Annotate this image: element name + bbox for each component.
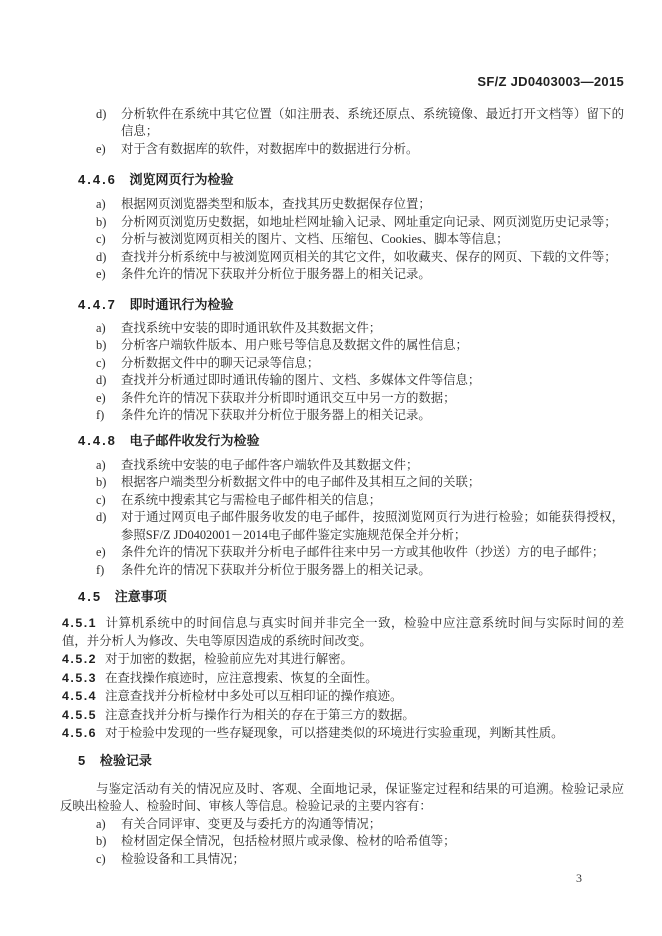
clause-text: 对于加密的数据，检验前应先对其进行解密。 bbox=[105, 652, 353, 666]
section-heading-5: 5 检验记录 bbox=[78, 753, 624, 769]
list-item-label: e) bbox=[96, 266, 121, 284]
list-item: c) 分析数据文件中的聊天记录等信息； bbox=[60, 355, 624, 373]
list-item: a) 查找系统中安装的电子邮件客户端软件及其数据文件； bbox=[60, 457, 624, 475]
section-number: 4.5 bbox=[78, 589, 102, 604]
clause-text: 计算机系统中的时间信息与真实时间并非完全一致，检验中应注意系统时间与实际时间的差… bbox=[62, 616, 624, 648]
list-item: d) 查找并分析通过即时通讯传输的图片、文档、多媒体文件等信息； bbox=[60, 372, 624, 390]
list-item-label: b) bbox=[96, 474, 121, 492]
list-item: c) 检验设备和工具情况； bbox=[60, 851, 624, 869]
list-item-label: a) bbox=[96, 457, 121, 475]
list-item-label: b) bbox=[96, 214, 121, 232]
clause-paragraph: 4.5.1计算机系统中的时间信息与真实时间并非完全一致，检验中应注意系统时间与实… bbox=[62, 615, 624, 650]
clause-paragraph: 4.5.2对于加密的数据，检验前应先对其进行解密。 bbox=[62, 651, 624, 669]
list-item-text: 查找系统中安装的即时通讯软件及其数据文件； bbox=[121, 320, 624, 338]
section-number: 4.4.8 bbox=[78, 433, 117, 448]
list-item-label: c) bbox=[96, 851, 121, 869]
section-heading-4-4-7: 4.4.7 即时通讯行为检验 bbox=[78, 297, 624, 313]
clause-text: 注意查找并分析与操作行为相关的存在于第三方的数据。 bbox=[105, 708, 415, 722]
list-item: c) 在系统中搜索其它与需检电子邮件相关的信息； bbox=[60, 492, 624, 510]
list-item-label: b) bbox=[96, 337, 121, 355]
section-title: 注意事项 bbox=[115, 589, 167, 604]
section-number: 4.4.6 bbox=[78, 172, 117, 187]
section-number: 4.4.7 bbox=[78, 297, 117, 312]
standard-code-header: SF/Z JD0403003—2015 bbox=[60, 73, 624, 91]
list-item: e) 条件允许的情况下获取并分析电子邮件往来中另一方或其他收件（抄送）方的电子邮… bbox=[60, 544, 624, 562]
list-item-label: d) bbox=[96, 249, 121, 267]
list-item-text: 分析软件在系统中其它位置（如注册表、系统还原点、系统镜像、最近打开文档等）留下的… bbox=[121, 106, 624, 141]
list-item-text: 条件允许的情况下获取并分析位于服务器上的相关记录。 bbox=[121, 562, 624, 580]
list-item: b) 分析网页浏览历史数据，如地址栏网址输入记录、网址重定向记录、网页浏览历史记… bbox=[60, 214, 624, 232]
list-item-label: a) bbox=[96, 196, 121, 214]
section-title: 浏览网页行为检验 bbox=[130, 172, 234, 187]
list-item-label: f) bbox=[96, 562, 121, 580]
list-item-text: 查找并分析系统中与被浏览网页相关的其它文件，如收藏夹、保存的网页、下载的文件等； bbox=[121, 249, 624, 267]
list-item: f) 条件允许的情况下获取并分析位于服务器上的相关记录。 bbox=[60, 407, 624, 425]
clause-text: 注意查找并分析检材中多处可以互相印证的操作痕迹。 bbox=[105, 689, 402, 703]
clause-paragraph: 4.5.6对于检验中发现的一些存疑现象，可以搭建类似的环境进行实验重现，判断其性… bbox=[62, 725, 624, 743]
list-item: b) 分析客户端软件版本、用户账号等信息及数据文件的属性信息； bbox=[60, 337, 624, 355]
list-item-label: d) bbox=[96, 106, 121, 141]
clause-paragraph: 4.5.3在查找操作痕迹时，应注意搜索、恢复的全面性。 bbox=[62, 670, 624, 688]
list-item-text: 对于含有数据库的软件，对数据库中的数据进行分析。 bbox=[121, 141, 624, 159]
section-5-paragraph: 与鉴定活动有关的情况应及时、客观、全面地记录，保证鉴定过程和结果的可追溯。检验记… bbox=[60, 781, 624, 816]
clause-paragraph: 4.5.5注意查找并分析与操作行为相关的存在于第三方的数据。 bbox=[62, 707, 624, 725]
page-content: SF/Z JD0403003—2015 d) 分析软件在系统中其它位置（如注册表… bbox=[60, 0, 624, 868]
list-item-text: 分析与被浏览网页相关的图片、文档、压缩包、Cookies、脚本等信息； bbox=[121, 231, 624, 249]
list-item: b) 检材固定保全情况，包括检材照片或录像、检材的哈希值等； bbox=[60, 833, 624, 851]
list-item-text: 条件允许的情况下获取并分析位于服务器上的相关记录。 bbox=[121, 407, 624, 425]
list-item-label: c) bbox=[96, 231, 121, 249]
list-item-text: 检验设备和工具情况； bbox=[121, 851, 624, 869]
section-5-list: a) 有关合同评审、变更及与委托方的沟通等情况； b) 检材固定保全情况，包括检… bbox=[60, 816, 624, 869]
list-item-label: c) bbox=[96, 492, 121, 510]
list-item-text: 条件允许的情况下获取并分析即时通讯交互中另一方的数据； bbox=[121, 390, 624, 408]
list-item-text: 条件允许的情况下获取并分析位于服务器上的相关记录。 bbox=[121, 266, 624, 284]
document-page: SF/Z JD0403003—2015 d) 分析软件在系统中其它位置（如注册表… bbox=[0, 0, 662, 936]
section-4-4-6-list: a) 根据网页浏览器类型和版本，查找其历史数据保存位置； b) 分析网页浏览历史… bbox=[60, 196, 624, 284]
list-item-text: 查找并分析通过即时通讯传输的图片、文档、多媒体文件等信息； bbox=[121, 372, 624, 390]
clause-number: 4.5.2 bbox=[62, 652, 97, 666]
list-item: f) 条件允许的情况下获取并分析位于服务器上的相关记录。 bbox=[60, 562, 624, 580]
carryover-list: d) 分析软件在系统中其它位置（如注册表、系统还原点、系统镜像、最近打开文档等）… bbox=[60, 106, 624, 159]
section-heading-4-4-6: 4.4.6 浏览网页行为检验 bbox=[78, 172, 624, 188]
list-item-label: b) bbox=[96, 833, 121, 851]
list-item-text: 对于通过网页电子邮件服务收发的电子邮件，按照浏览网页行为进行检验；如能获得授权，… bbox=[121, 509, 624, 544]
list-item-text: 分析客户端软件版本、用户账号等信息及数据文件的属性信息； bbox=[121, 337, 624, 355]
list-item-text: 分析网页浏览历史数据，如地址栏网址输入记录、网址重定向记录、网页浏览历史记录等； bbox=[121, 214, 624, 232]
list-item: d) 查找并分析系统中与被浏览网页相关的其它文件，如收藏夹、保存的网页、下载的文… bbox=[60, 249, 624, 267]
list-item-label: e) bbox=[96, 390, 121, 408]
list-item-text: 在系统中搜索其它与需检电子邮件相关的信息； bbox=[121, 492, 624, 510]
list-item: e) 条件允许的情况下获取并分析位于服务器上的相关记录。 bbox=[60, 266, 624, 284]
section-title: 即时通讯行为检验 bbox=[130, 297, 234, 312]
list-item: a) 查找系统中安装的即时通讯软件及其数据文件； bbox=[60, 320, 624, 338]
section-title: 电子邮件收发行为检验 bbox=[130, 433, 260, 448]
clause-number: 4.5.6 bbox=[62, 726, 97, 740]
list-item-label: e) bbox=[96, 544, 121, 562]
list-item-label: d) bbox=[96, 509, 121, 544]
section-heading-4-4-8: 4.4.8 电子邮件收发行为检验 bbox=[78, 433, 624, 449]
list-item: a) 有关合同评审、变更及与委托方的沟通等情况； bbox=[60, 816, 624, 834]
clause-number: 4.5.1 bbox=[62, 616, 97, 630]
page-number: 3 bbox=[576, 871, 582, 886]
list-item: b) 根据客户端类型分析数据文件中的电子邮件及其相互之间的关联； bbox=[60, 474, 624, 492]
list-item-text: 检材固定保全情况，包括检材照片或录像、检材的哈希值等； bbox=[121, 833, 624, 851]
list-item: e) 条件允许的情况下获取并分析即时通讯交互中另一方的数据； bbox=[60, 390, 624, 408]
list-item: d) 分析软件在系统中其它位置（如注册表、系统还原点、系统镜像、最近打开文档等）… bbox=[60, 106, 624, 141]
list-item-label: e) bbox=[96, 141, 121, 159]
clause-number: 4.5.4 bbox=[62, 689, 97, 703]
list-item-label: d) bbox=[96, 372, 121, 390]
list-item: e) 对于含有数据库的软件，对数据库中的数据进行分析。 bbox=[60, 141, 624, 159]
list-item: a) 根据网页浏览器类型和版本，查找其历史数据保存位置； bbox=[60, 196, 624, 214]
clause-number: 4.5.5 bbox=[62, 708, 97, 722]
clause-number: 4.5.3 bbox=[62, 671, 97, 685]
section-4-4-7-list: a) 查找系统中安装的即时通讯软件及其数据文件； b) 分析客户端软件版本、用户… bbox=[60, 320, 624, 425]
section-heading-4-5: 4.5 注意事项 bbox=[78, 589, 624, 605]
section-number: 5 bbox=[78, 753, 87, 768]
list-item-text: 分析数据文件中的聊天记录等信息； bbox=[121, 355, 624, 373]
clause-text: 对于检验中发现的一些存疑现象，可以搭建类似的环境进行实验重现，判断其性质。 bbox=[105, 726, 563, 740]
list-item-text: 查找系统中安装的电子邮件客户端软件及其数据文件； bbox=[121, 457, 624, 475]
list-item-text: 有关合同评审、变更及与委托方的沟通等情况； bbox=[121, 816, 624, 834]
clause-paragraph: 4.5.4注意查找并分析检材中多处可以互相印证的操作痕迹。 bbox=[62, 688, 624, 706]
list-item: d) 对于通过网页电子邮件服务收发的电子邮件，按照浏览网页行为进行检验；如能获得… bbox=[60, 509, 624, 544]
list-item-text: 根据网页浏览器类型和版本，查找其历史数据保存位置； bbox=[121, 196, 624, 214]
list-item-label: a) bbox=[96, 320, 121, 338]
list-item: c) 分析与被浏览网页相关的图片、文档、压缩包、Cookies、脚本等信息； bbox=[60, 231, 624, 249]
list-item-label: c) bbox=[96, 355, 121, 373]
list-item-label: f) bbox=[96, 407, 121, 425]
clause-text: 在查找操作痕迹时，应注意搜索、恢复的全面性。 bbox=[105, 671, 378, 685]
list-item-text: 条件允许的情况下获取并分析电子邮件往来中另一方或其他收件（抄送）方的电子邮件； bbox=[121, 544, 624, 562]
list-item-label: a) bbox=[96, 816, 121, 834]
section-4-4-8-list: a) 查找系统中安装的电子邮件客户端软件及其数据文件； b) 根据客户端类型分析… bbox=[60, 457, 624, 580]
section-title: 检验记录 bbox=[100, 753, 152, 768]
list-item-text: 根据客户端类型分析数据文件中的电子邮件及其相互之间的关联； bbox=[121, 474, 624, 492]
